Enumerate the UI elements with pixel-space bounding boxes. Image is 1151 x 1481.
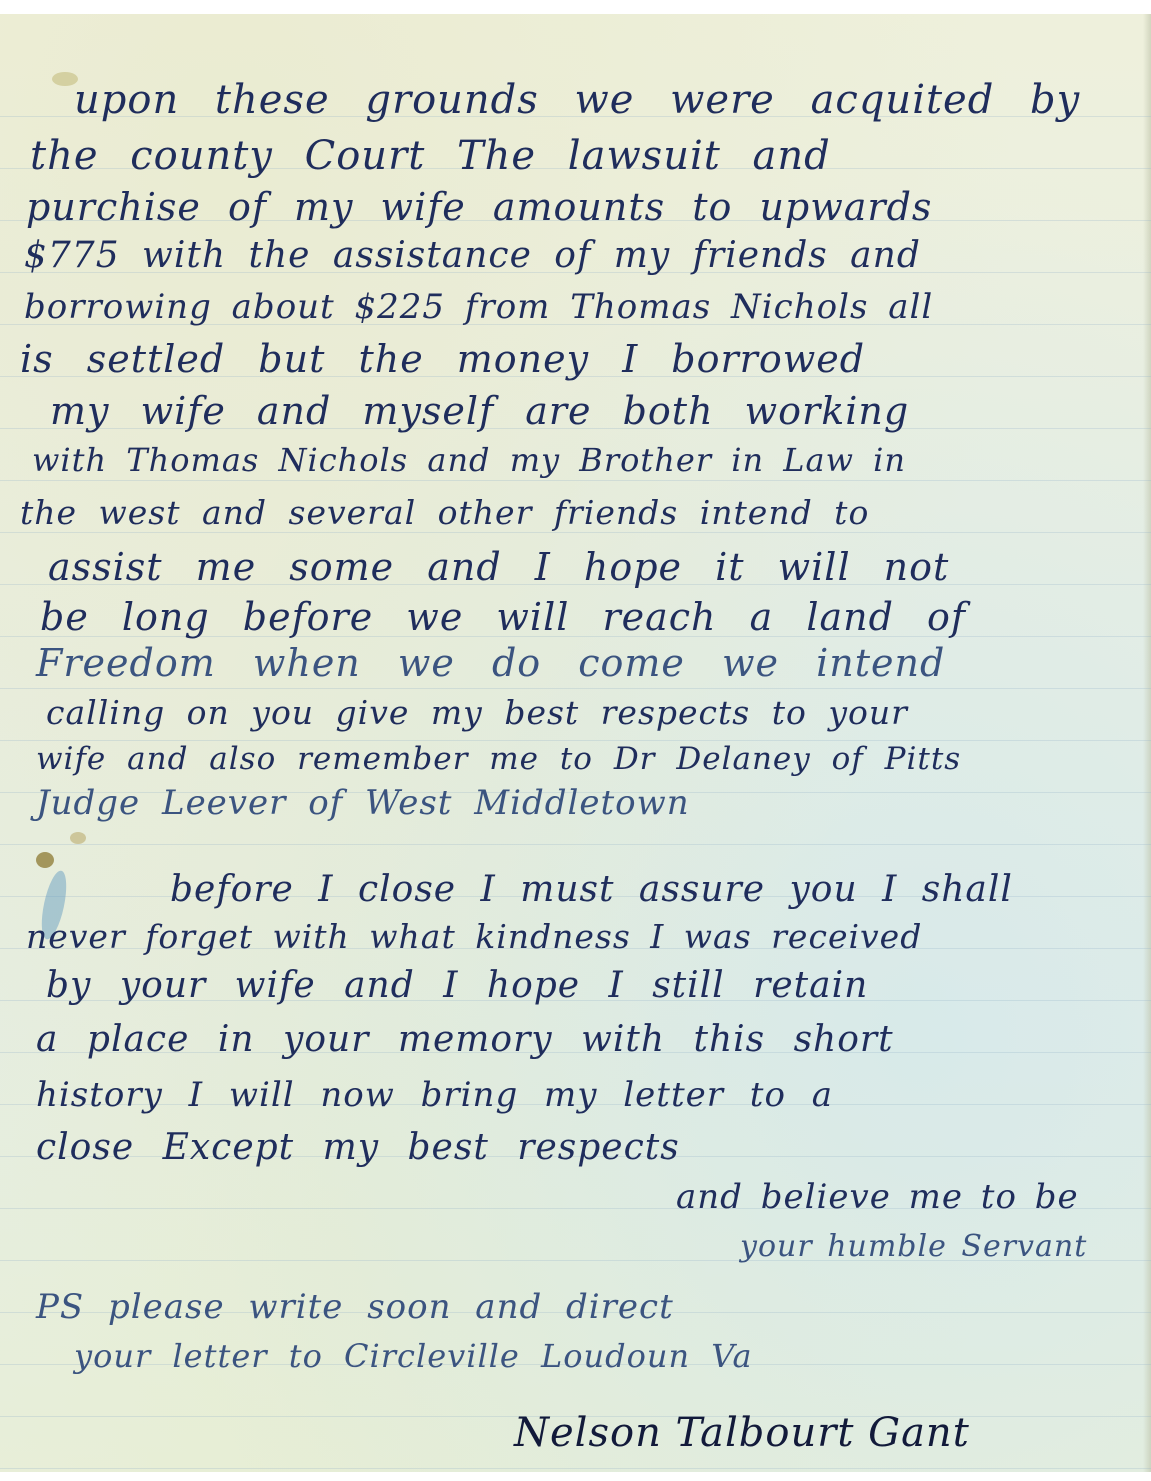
letter-line: history I will now bring my letter to a [36, 1078, 833, 1112]
letter-line: calling on you give my best respects to … [46, 696, 908, 729]
ruled-line [0, 844, 1151, 845]
letter-line: $775 with the assistance of my friends a… [24, 238, 921, 274]
ruled-line [0, 688, 1151, 689]
letter-line: be long before we will reach a land of [40, 598, 966, 636]
letter-line: never forget with what kindness I was re… [26, 920, 922, 953]
signature: Nelson Talbourt Gant [514, 1410, 970, 1456]
letter-line: with Thomas Nichols and my Brother in La… [32, 444, 906, 476]
stain [70, 832, 86, 844]
letter-line: Judge Leever of West Middletown [36, 786, 690, 820]
closing-line: and believe me to be [676, 1180, 1079, 1214]
ruled-line [0, 1468, 1151, 1469]
letter-line: Freedom when we do come we intend [36, 644, 945, 682]
letter-line: close Except my best respects [36, 1130, 680, 1166]
ruled-line [0, 532, 1151, 533]
stain [36, 852, 54, 868]
letter-line: a place in your memory with this short [36, 1022, 894, 1058]
ruled-line [0, 480, 1151, 481]
letter-line: upon these grounds we were acquited by [74, 80, 1080, 120]
letter-line: the west and several other friends inten… [20, 496, 869, 529]
postscript-line: PS please write soon and direct [36, 1290, 674, 1324]
postscript-line: your letter to Circleville Loudoun Va [74, 1340, 753, 1372]
letter-line: is settled but the money I borrowed [20, 340, 865, 378]
page-edge-shadow [1143, 14, 1151, 1472]
closing-line: your humble Servant [740, 1232, 1087, 1262]
letter-line: borrowing about $225 from Thomas Nichols… [24, 290, 933, 324]
letter-line: the county Court The lawsuit and [30, 136, 831, 176]
letter-line: my wife and myself are both working [50, 392, 909, 430]
letter-line: wife and also remember me to Dr Delaney … [36, 744, 961, 775]
letter-line: by your wife and I hope I still retain [46, 968, 868, 1004]
letter-line: assist me some and I hope it will not [48, 548, 949, 586]
letter-line: before I close I must assure you I shall [170, 872, 1013, 908]
letter-line: purchise of my wife amounts to upwards [26, 188, 932, 226]
